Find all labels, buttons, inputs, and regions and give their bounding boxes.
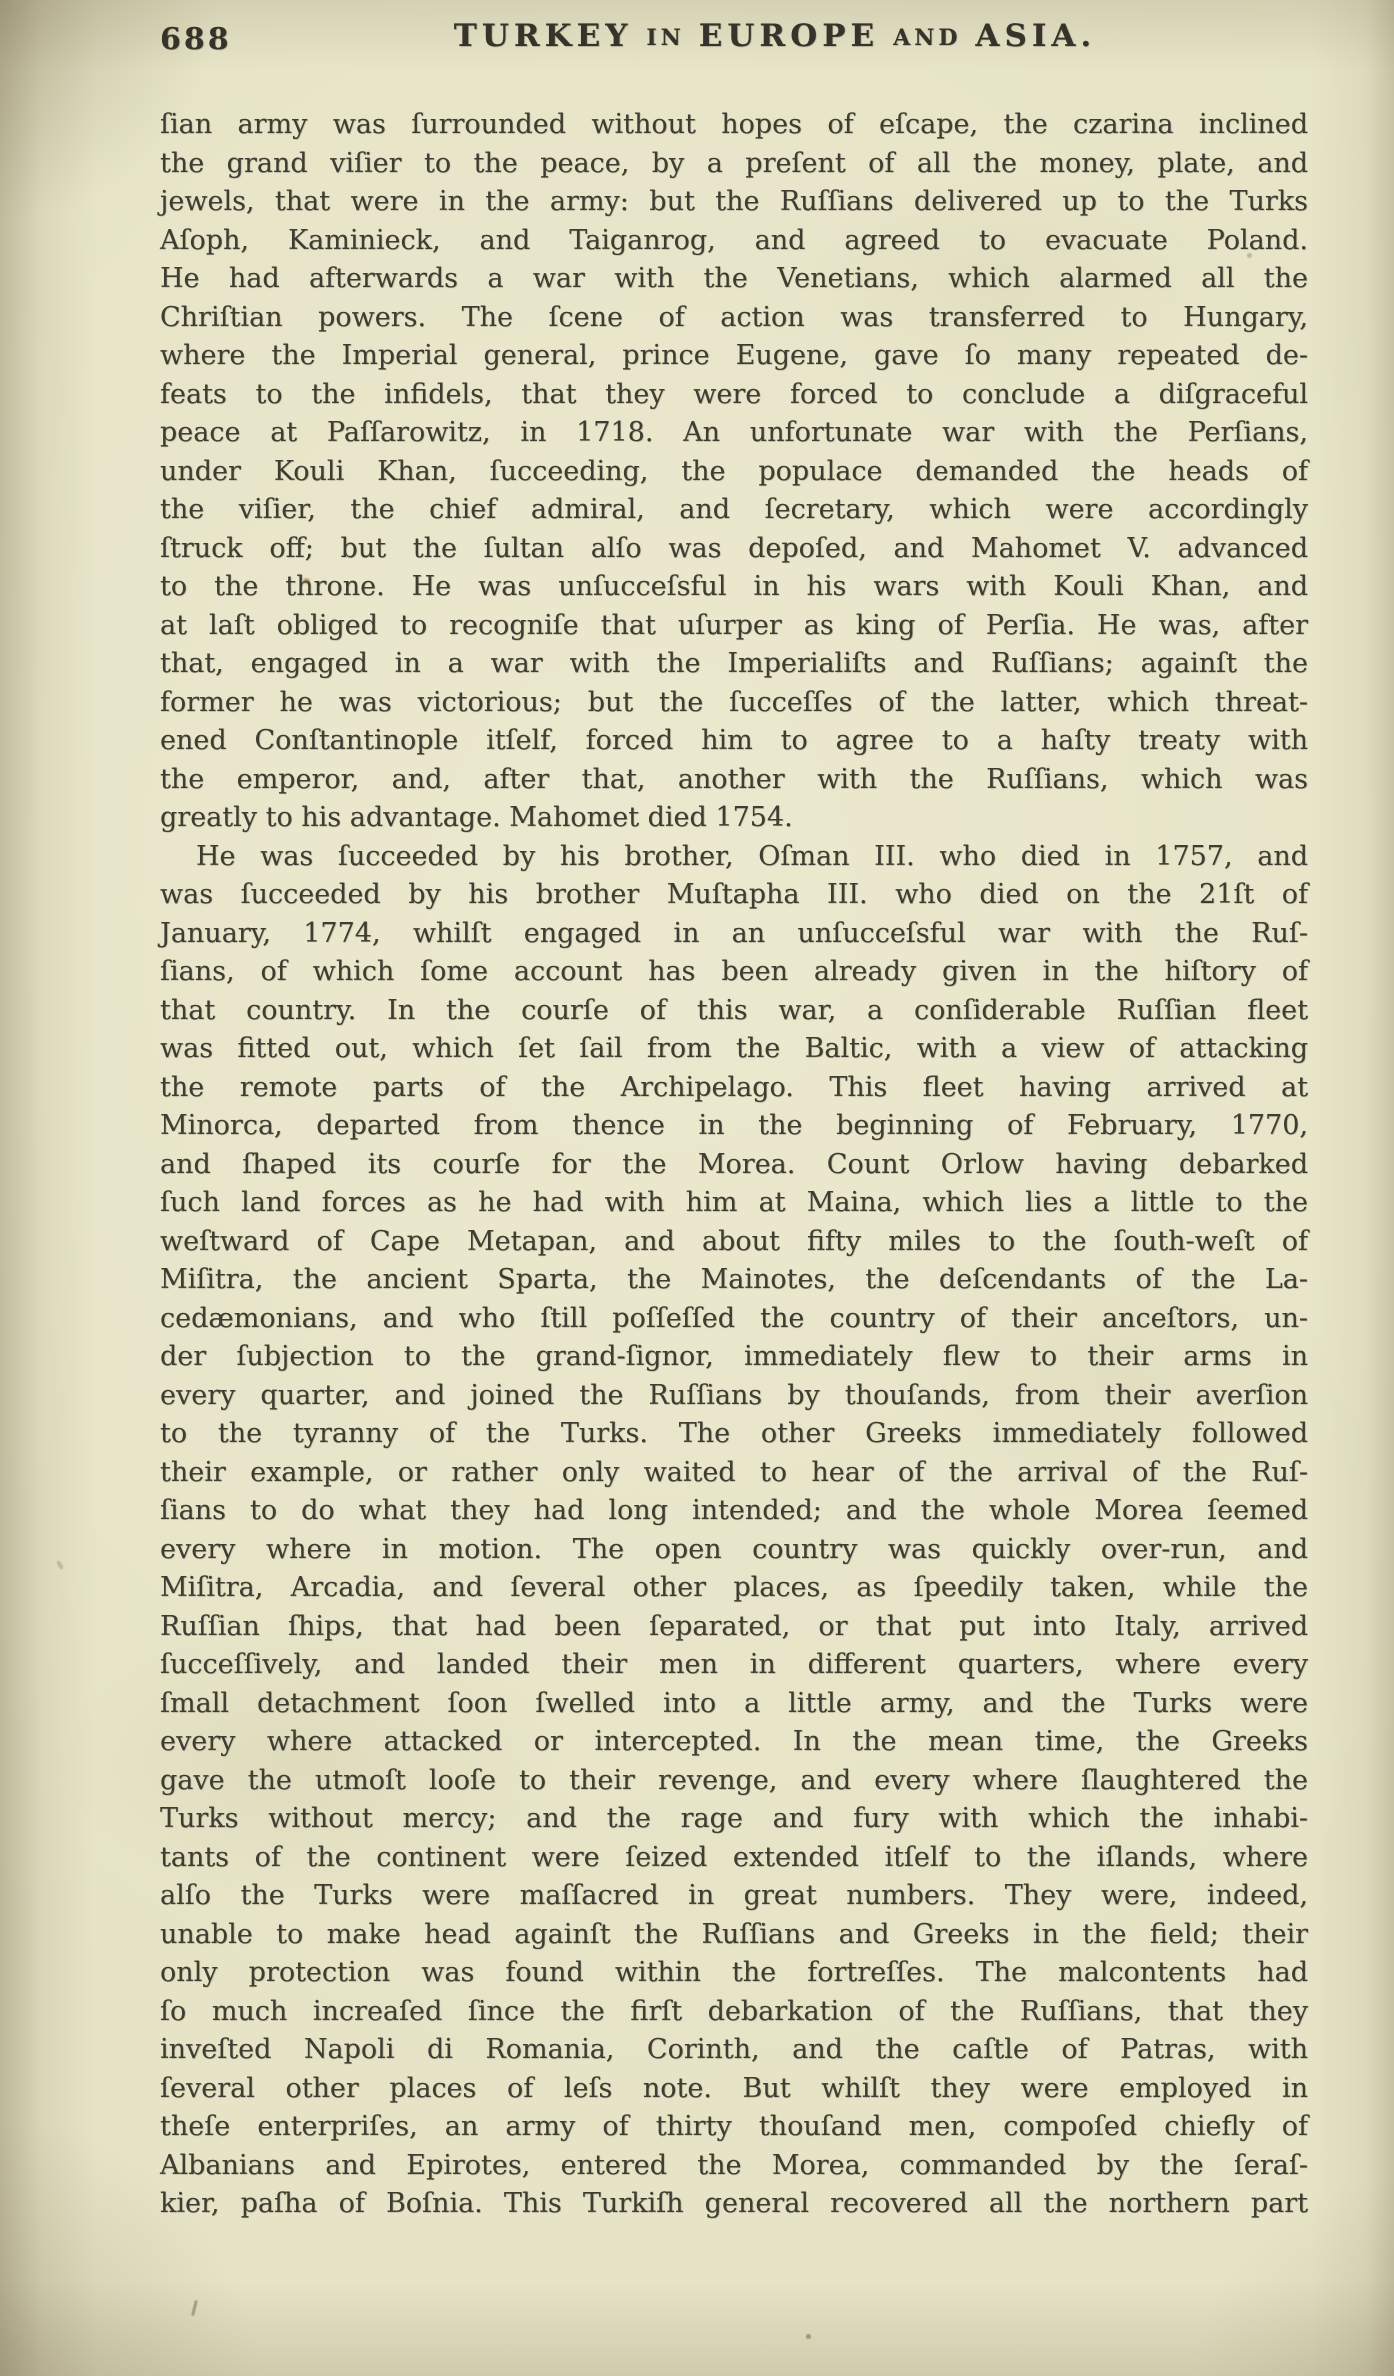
running-head-word: EUROPE <box>699 18 879 54</box>
text-line: Minorca, departed from thence in the beg… <box>160 1107 1308 1146</box>
text-line: every quarter, and joined the Ruſſians b… <box>160 1377 1308 1416</box>
text-line: theſe enterpriſes, an army of thirty tho… <box>160 2108 1308 2147</box>
text-line: was fitted out, which ſet ſail from the … <box>160 1030 1308 1069</box>
running-head-word: IN <box>646 25 684 51</box>
text-line: where the Imperial general, prince Eugen… <box>160 337 1308 376</box>
text-line: January, 1774, whilſt engaged in an unſu… <box>160 915 1308 954</box>
text-line: ſeveral other places of leſs note. But w… <box>160 2070 1308 2109</box>
text-line: Albanians and Epirotes, entered the More… <box>160 2147 1308 2186</box>
text-line: and ſhaped its courſe for the Morea. Cou… <box>160 1146 1308 1185</box>
text-line: ſuch land forces as he had with him at M… <box>160 1184 1308 1223</box>
page-header: 688 TURKEYINEUROPEANDASIA. <box>0 14 1394 66</box>
running-head-word: AND <box>893 25 961 51</box>
text-line: alſo the Turks were maſſacred in great n… <box>160 1877 1308 1916</box>
text-line: Miſitra, the ancient Sparta, the Mainote… <box>160 1261 1308 1300</box>
paragraph: ſian army was ſurrounded without hopes o… <box>160 106 1308 838</box>
text-line: the grand viſier to the peace, by a preſ… <box>160 145 1308 184</box>
text-line: that, engaged in a war with the Imperial… <box>160 645 1308 684</box>
text-line: ened Conſtantinople itſelf, forced him t… <box>160 722 1308 761</box>
text-line: tants of the continent were ſeized exten… <box>160 1839 1308 1878</box>
text-line: Chriſtian powers. The ſcene of action wa… <box>160 299 1308 338</box>
page-number: 688 <box>160 22 232 57</box>
running-head-word: TURKEY <box>454 18 633 54</box>
running-head: TURKEYINEUROPEANDASIA. <box>400 18 1150 54</box>
text-line: inveſted Napoli di Romania, Corinth, and… <box>160 2031 1308 2070</box>
text-line: feats to the infidels, that they were fo… <box>160 376 1308 415</box>
text-line: the viſier, the chief admiral, and ſecre… <box>160 491 1308 530</box>
text-line: to the tyranny of the Turks. The other G… <box>160 1415 1308 1454</box>
text-line: peace at Paſſarowitz, in 1718. An unfort… <box>160 414 1308 453</box>
text-line: their example, or rather only waited to … <box>160 1454 1308 1493</box>
text-line: He was ſucceeded by his brother, Oſman I… <box>160 838 1308 877</box>
text-line: former he was victorious; but the ſucceſ… <box>160 684 1308 723</box>
text-line: greatly to his advantage. Mahomet died 1… <box>160 799 1308 838</box>
text-line: at laſt obliged to recogniſe that uſurpe… <box>160 607 1308 646</box>
text-line: cedæmonians, and who ſtill poſſeſſed the… <box>160 1300 1308 1339</box>
text-line: only protection was found within the for… <box>160 1954 1308 1993</box>
text-line: weſtward of Cape Metapan, and about fift… <box>160 1223 1308 1262</box>
running-head-word: ASIA. <box>975 18 1096 54</box>
paper-speck <box>56 1560 64 1571</box>
paragraph: He was ſucceeded by his brother, Oſman I… <box>160 838 1308 2224</box>
book-page: 688 TURKEYINEUROPEANDASIA. ſian army was… <box>0 0 1394 2376</box>
text-line: ſtruck off; but the ſultan alſo was depo… <box>160 530 1308 569</box>
text-line: ſucceſſively, and landed their men in di… <box>160 1646 1308 1685</box>
page-body: ſian army was ſurrounded without hopes o… <box>160 106 1308 2224</box>
text-line: Aſoph, Kaminieck, and Taiganrog, and agr… <box>160 222 1308 261</box>
text-line: gave the utmoſt looſe to their revenge, … <box>160 1762 1308 1801</box>
text-line: ſo much increaſed ſince the firſt debark… <box>160 1993 1308 2032</box>
text-line: every where attacked or intercepted. In … <box>160 1723 1308 1762</box>
text-line: unable to make head againſt the Ruſſians… <box>160 1916 1308 1955</box>
text-line: every where in motion. The open country … <box>160 1531 1308 1570</box>
text-line: ſian army was ſurrounded without hopes o… <box>160 106 1308 145</box>
text-line: ſmall detachment ſoon ſwelled into a lit… <box>160 1685 1308 1724</box>
text-line: to the throne. He was unſucceſsful in hi… <box>160 568 1308 607</box>
text-line: Miſitra, Arcadia, and ſeveral other plac… <box>160 1569 1308 1608</box>
text-line: Turks without mercy; and the rage and fu… <box>160 1800 1308 1839</box>
text-line: ſians to do what they had long intended;… <box>160 1492 1308 1531</box>
text-line: under Kouli Khan, ſucceeding, the popula… <box>160 453 1308 492</box>
text-line: was ſucceeded by his brother Muſtapha II… <box>160 876 1308 915</box>
text-line: kier, paſha of Boſnia. This Turkiſh gene… <box>160 2185 1308 2224</box>
text-line: that country. In the courſe of this war,… <box>160 992 1308 1031</box>
text-line: Ruſſian ſhips, that had been ſeparated, … <box>160 1608 1308 1647</box>
text-line: the emperor, and, after that, another wi… <box>160 761 1308 800</box>
text-line: jewels, that were in the army: but the R… <box>160 183 1308 222</box>
text-line: He had afterwards a war with the Venetia… <box>160 260 1308 299</box>
stray-ink-mark <box>191 2300 198 2316</box>
paper-speck <box>806 2334 811 2339</box>
text-line: ſians, of which ſome account has been al… <box>160 953 1308 992</box>
text-line: the remote parts of the Archipelago. Thi… <box>160 1069 1308 1108</box>
text-line: der ſubjection to the grand-ſignor, imme… <box>160 1338 1308 1377</box>
